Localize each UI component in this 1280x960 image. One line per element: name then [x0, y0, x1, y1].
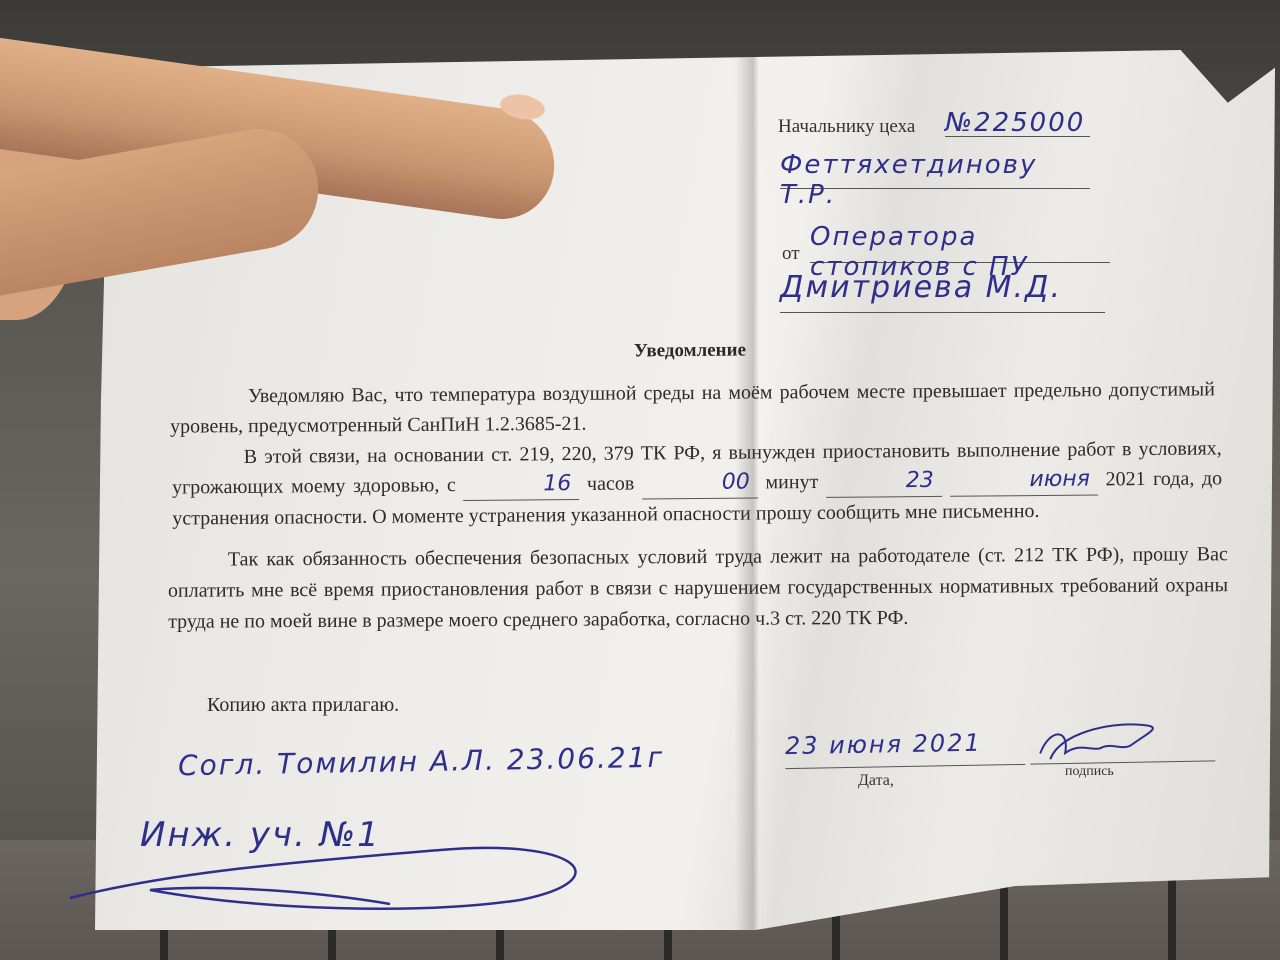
paragraph-2: В этой связи, на основании ст. 219, 220,… — [172, 433, 1223, 533]
paragraph-1: Уведомляю Вас, что температура воздушной… — [170, 374, 1215, 441]
document-content: Начальнику цеха №225000 Феттяхетдинову Т… — [0, 0, 1280, 960]
addressee-name-value: Феттяхетдинову Т.Р. — [780, 150, 1037, 210]
date-label: Дата, — [858, 772, 894, 790]
sender-position-field: Оператора стопиков с ПУ — [810, 222, 1110, 263]
signature-field — [1030, 720, 1216, 764]
shop-number-value: №225000 — [945, 108, 1085, 138]
addressee-name-field: Феттяхетдинову Т.Р. — [780, 150, 1090, 189]
date-value: 23 июня 2021 — [785, 729, 982, 760]
paragraph-3: Так как обязанность обеспечения безопасн… — [168, 539, 1228, 638]
signature-flourish-icon — [60, 820, 620, 920]
approval-note: Согл. Томилин А.Л. 23.06.21г — [178, 741, 665, 782]
signature-icon — [1030, 721, 1171, 767]
shop-number-field: №225000 — [945, 108, 1090, 137]
minutes-field: 00 — [642, 467, 758, 499]
day-field: 23 — [826, 466, 942, 498]
addressee-label: Начальнику цеха — [778, 116, 915, 138]
sender-name-value: Дмитриева М.Д. — [780, 270, 1062, 305]
minutes-label: минут — [765, 471, 818, 493]
date-field: 23 июня 2021 — [785, 728, 1026, 769]
month-field: июня — [949, 465, 1098, 497]
sender-label: от — [782, 243, 800, 265]
sender-name-field: Дмитриева М.Д. — [780, 270, 1105, 313]
hours-label: часов — [587, 473, 634, 495]
signature-label: подпись — [1065, 764, 1114, 780]
paragraph-4: Копию акта прилагаю. — [207, 690, 607, 720]
document-title: Уведомление — [560, 339, 820, 363]
hours-field: 16 — [463, 469, 579, 501]
